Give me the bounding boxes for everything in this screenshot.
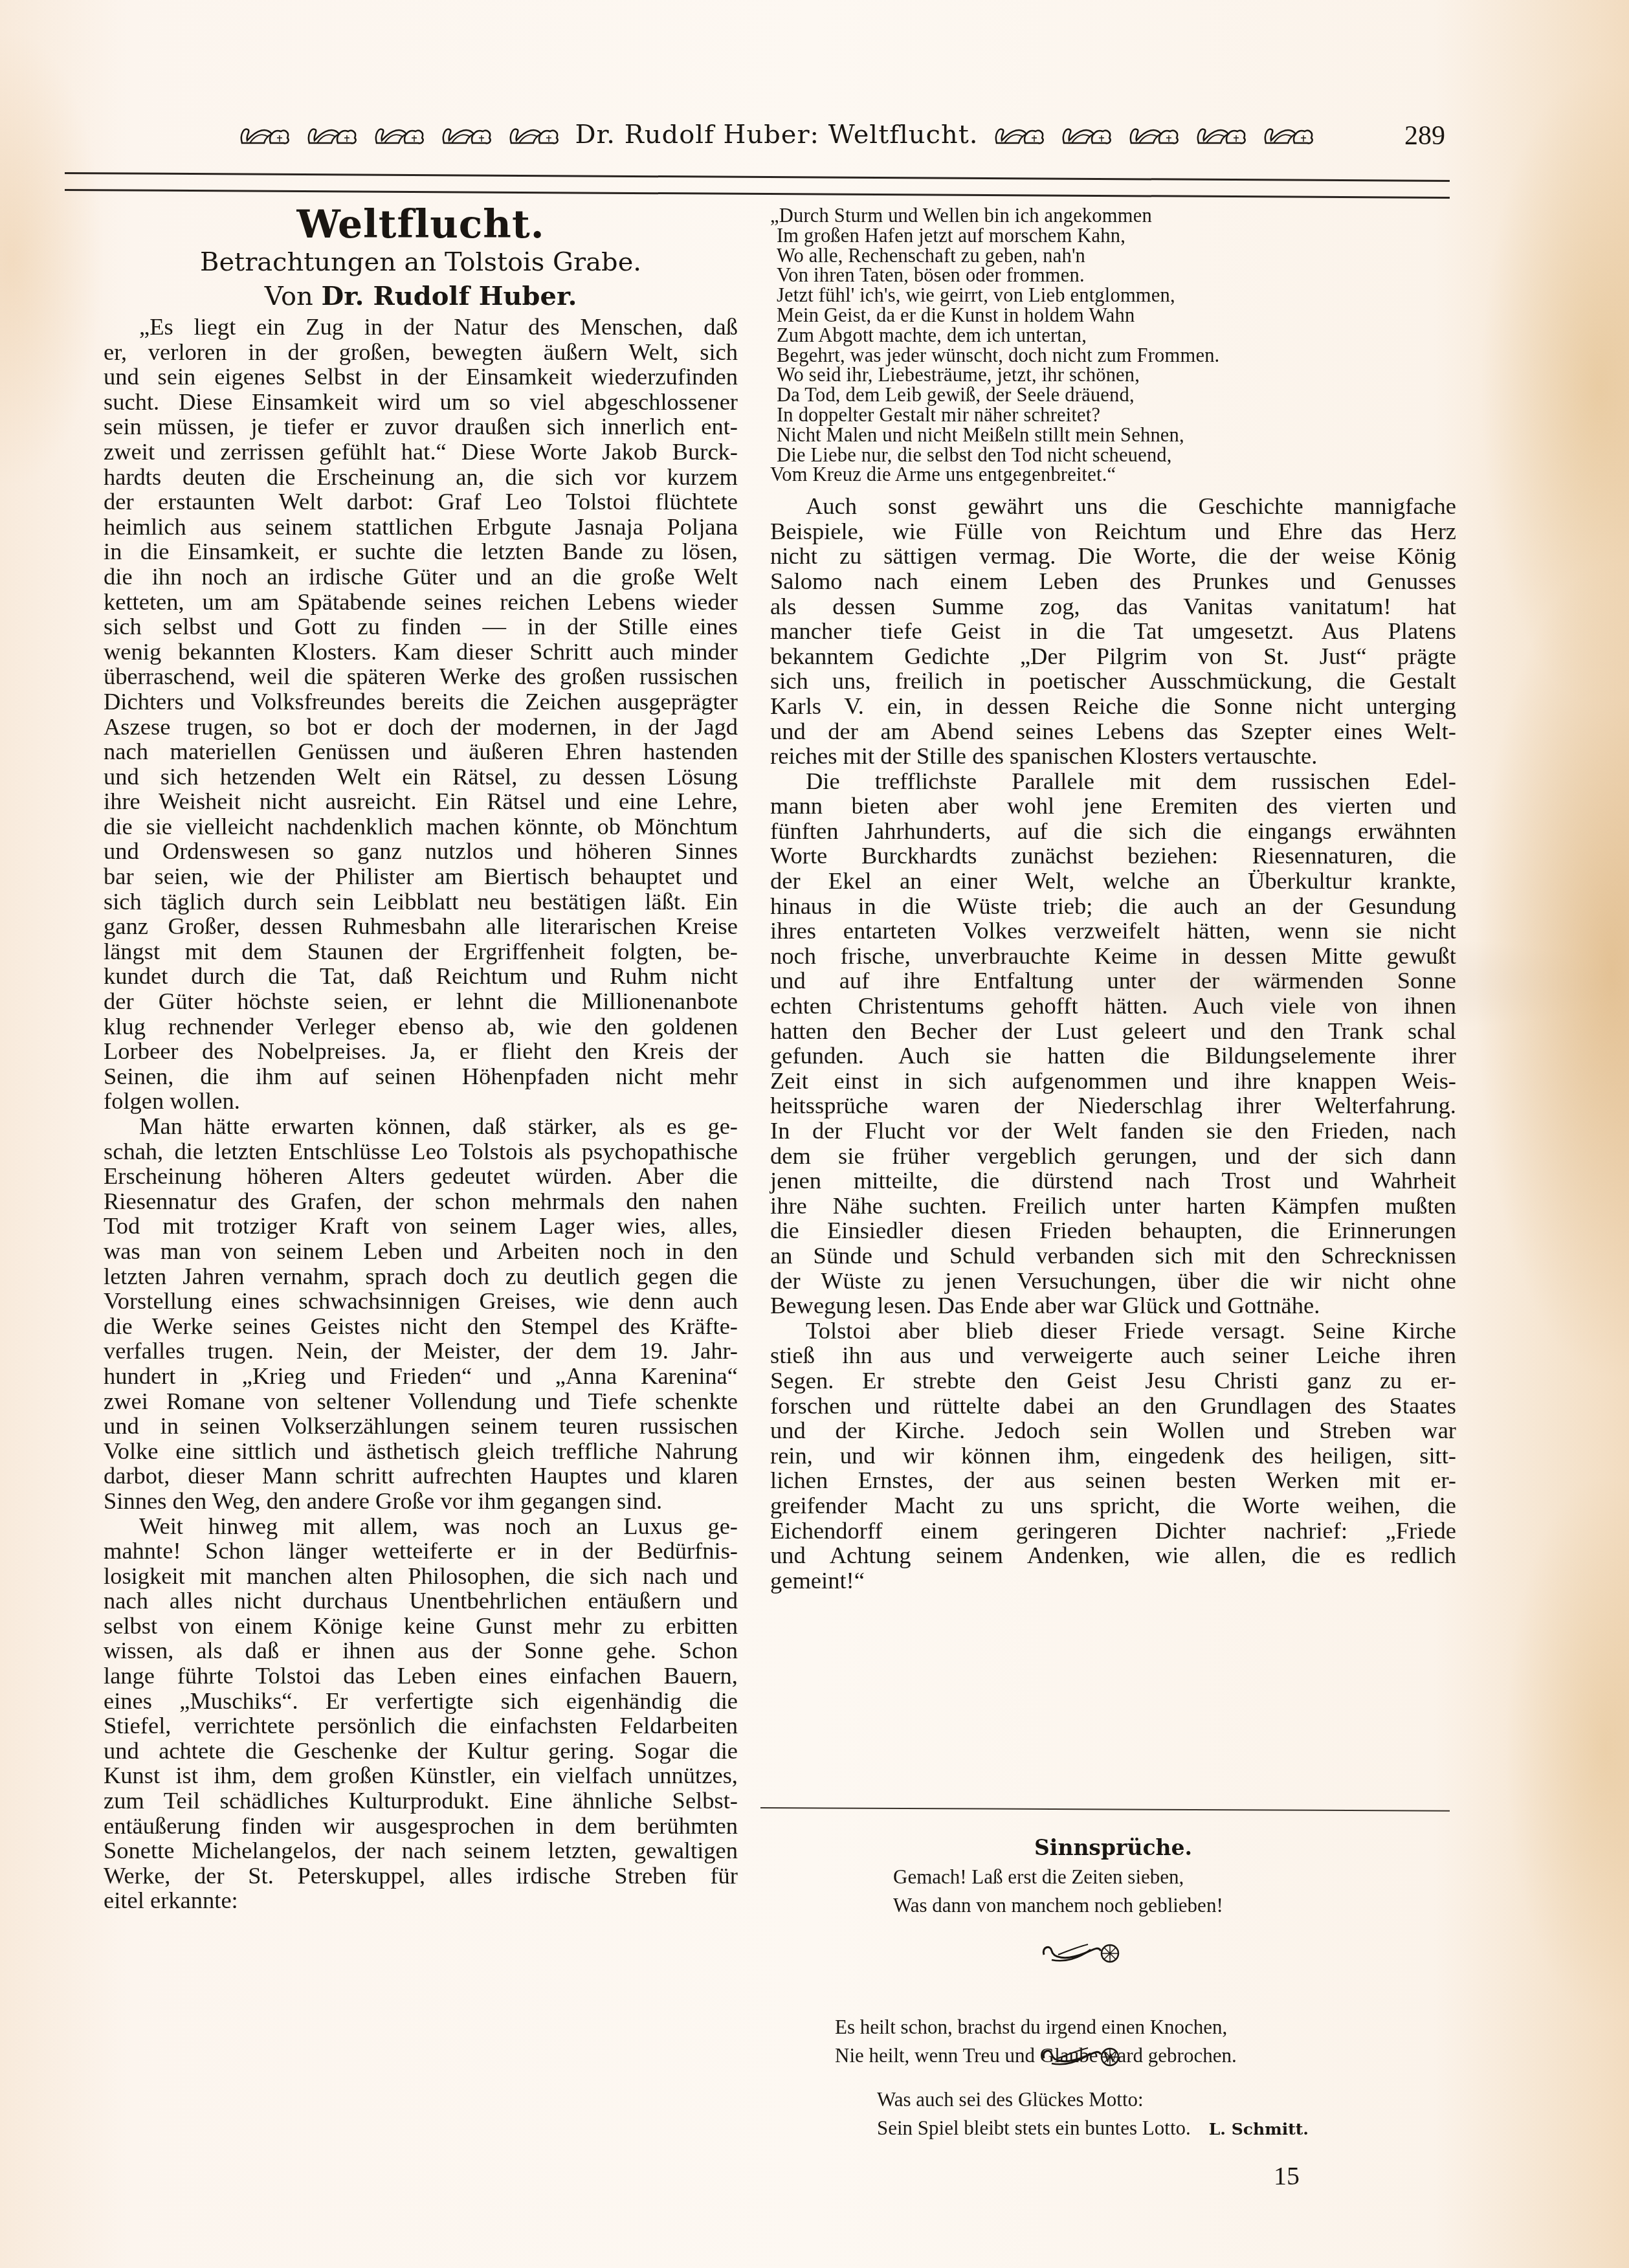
text-line: als dessen Summe zog, das Vanitas vanita… — [770, 594, 1456, 619]
text-line: wissen, als daß er ihnen aus der Sonne g… — [104, 1638, 738, 1663]
poem-line: Jetzt fühl' ich's, wie geirrt, von Lieb … — [770, 285, 1456, 306]
article-title: Weltflucht. — [104, 202, 738, 245]
article-subtitle: Betrachtungen an Tolstois Grabe. — [104, 247, 738, 281]
sinnsprueche-title: Sinnsprüche. — [770, 1835, 1456, 1860]
text-line: hinaus in die Wüste trieb; die auch an d… — [770, 894, 1456, 919]
text-line: und in seinen Volkserzählungen seinem te… — [104, 1414, 738, 1439]
text-line: Segen. Er strebte den Geist Jesu Christi… — [770, 1368, 1456, 1394]
text-line: lichen Ernstes, der aus seinen besten We… — [770, 1468, 1456, 1493]
text-line: sein müssen, je tiefer er zuvor draußen … — [104, 414, 738, 439]
text-line: nach materiellen Genüssen und äußeren Eh… — [104, 739, 738, 764]
couplet-line: Was dann von manchem noch geblieben! — [893, 1891, 1223, 1920]
text-line: darbot, dieser Mann schritt aufrechten H… — [104, 1463, 738, 1489]
text-line: sich selbst und Gott zu finden — in der … — [104, 614, 738, 639]
text-line: hundert in „Krieg und Frieden“ und „Anna… — [104, 1364, 738, 1389]
text-line: mann bieten aber wohl jene Eremiten des … — [770, 794, 1456, 819]
couplet: Was auch sei des Glückes Motto: Sein Spi… — [877, 2085, 1309, 2144]
text-line: bekanntem Gedichte „Der Pilgrim von St. … — [770, 644, 1456, 669]
text-line: echten Christentums gehofft hätten. Auch… — [770, 994, 1456, 1019]
leaf-scroll-ornament-icon — [507, 121, 560, 148]
leaf-scroll-ornament-icon — [1195, 121, 1248, 148]
text-line: Vorstellung eines schwachsinnigen Greise… — [104, 1289, 738, 1314]
text-line: „Es liegt ein Zug in der Natur des Mensc… — [104, 315, 738, 340]
text-line: zwei Romane von seltener Vollendung und … — [104, 1389, 738, 1414]
text-line: stieß ihn aus und verweigerte auch seine… — [770, 1343, 1456, 1368]
leaf-scroll-ornament-icon — [305, 121, 359, 148]
text-line: überraschend, weil die späteren Werke de… — [104, 664, 738, 689]
text-line: mahnte! Schon länger wetteiferte er in d… — [104, 1539, 738, 1564]
text-line: Beispiele, wie Fülle von Reichtum und Eh… — [770, 519, 1456, 544]
text-line: was man von seinem Leben und Arbeiten no… — [104, 1239, 738, 1264]
text-line: Dichters und Volksfreundes bereits die Z… — [104, 689, 738, 715]
text-line: die sie vielleicht nachdenklich machen k… — [104, 814, 738, 839]
text-line: zum Teil schädliches Kulturprodukt. Eine… — [104, 1788, 738, 1814]
text-line: nach alles nicht durchaus Unentbehrliche… — [104, 1588, 738, 1614]
text-line: Kunst ist ihm, dem großen Künstler, ein … — [104, 1763, 738, 1788]
leaf-scroll-ornament-icon — [1060, 121, 1113, 148]
couplet-line-text: Sein Spiel bleibt stets ein buntes Lotto… — [877, 2117, 1191, 2139]
text-line: nicht zu sättigen vermag. Die Worte, die… — [770, 544, 1456, 569]
text-line: die Werke seines Geistes nicht den Stemp… — [104, 1314, 738, 1339]
running-head: Dr. Rudolf Huber: Weltflucht. — [194, 115, 1359, 154]
poem-line: Im großen Hafen jetzt auf morschem Kahn, — [770, 226, 1456, 246]
text-line: schah, die letzten Entschlüsse Leo Tolst… — [104, 1139, 738, 1164]
text-line: Zeit einst in sich aufgenommen und ihre … — [770, 1069, 1456, 1094]
text-line: der Wüste zu jenen Versuchungen, über di… — [770, 1269, 1456, 1294]
couplet-line: Nie heilt, wenn Treu und Glaube ward geb… — [835, 2041, 1237, 2070]
floral-flourish-icon — [1039, 1935, 1123, 1968]
text-line: Seinen, die ihm auf seinen Höhenpfaden n… — [104, 1064, 738, 1089]
text-line: bar seien, wie der Philister am Biertisc… — [104, 864, 738, 889]
text-line: Werke, der St. Peterskuppel, alles irdis… — [104, 1863, 738, 1889]
text-line: und sein eigenes Selbst in der Einsamkei… — [104, 364, 738, 390]
poem-line: Wo alle, Rechenschaft zu geben, nah'n — [770, 246, 1456, 266]
poem-line: In doppelter Gestalt mir näher schreitet… — [770, 405, 1456, 425]
poem-line: Wo seid ihr, Liebesträume, jetzt, ihr sc… — [770, 365, 1456, 385]
right-column: „Durch Sturm und Wellen bin ich angekomm… — [770, 194, 1456, 1593]
text-line: heimlich aus seinem stattlichen Erbgute … — [104, 515, 738, 540]
text-line: Tolstoi aber blieb dieser Friede versagt… — [770, 1318, 1456, 1344]
text-line: hatten den Becher der Lust geleert und d… — [770, 1019, 1456, 1044]
text-line: Aszese trugen, so bot er doch der modern… — [104, 715, 738, 740]
couplet-line: Was auch sei des Glückes Motto: — [877, 2085, 1309, 2114]
ornament-group-left — [238, 121, 560, 148]
floral-flourish-icon — [1039, 2039, 1123, 2071]
byline-prefix: Von — [265, 282, 313, 311]
text-line: klug rechnender Verleger ebenso ab, wie … — [104, 1014, 738, 1039]
text-line: und der am Abend seines Lebens das Szept… — [770, 719, 1456, 744]
text-line: in die Einsamkeit, er suchte die letzten… — [104, 539, 738, 564]
text-line: Bewegung lesen. Das Ende aber war Glück … — [770, 1293, 1456, 1318]
page-number: 289 — [1404, 120, 1445, 151]
text-line: selbst von einem Könige keine Gunst mehr… — [104, 1614, 738, 1639]
text-line: rein, und wir können ihm, eingedenk des … — [770, 1443, 1456, 1469]
couplet: Gemach! Laß erst die Zeiten sieben, Was … — [893, 1863, 1223, 1920]
text-line: ihre Nähe suchten. Freilich unter harten… — [770, 1194, 1456, 1219]
couplet: Es heilt schon, brachst du irgend einen … — [835, 2013, 1237, 2070]
poem-line: Die Liebe nur, die selbst den Tod nicht … — [770, 445, 1456, 465]
text-line: Sonette Michelangelos, der nach seinem l… — [104, 1838, 738, 1863]
article-body-left: „Es liegt ein Zug in der Natur des Mensc… — [104, 315, 738, 1913]
text-line: an Sünde und Schuld verbanden sich mit d… — [770, 1243, 1456, 1269]
text-line: Tod mit trotziger Kraft von seinem Lager… — [104, 1214, 738, 1239]
text-line: ihres entarteten Volkes verzweifelt hätt… — [770, 918, 1456, 944]
text-line: und Ordenswesen so ganz nutzlos und höhe… — [104, 839, 738, 864]
text-line: entäußerung finden wir ausgesprochen in … — [104, 1814, 738, 1839]
text-line: losigkeit mit manchen alten Philosophen,… — [104, 1564, 738, 1589]
text-line: Eichendorff einem geringeren Dichter nac… — [770, 1518, 1456, 1544]
signature: L. Schmitt. — [1209, 2120, 1309, 2139]
poem-line: Von ihren Taten, bösen oder frommen. — [770, 265, 1456, 285]
text-line: jenen mitteilte, die dürstend nach Trost… — [770, 1168, 1456, 1194]
text-line: heitssprüche waren der Niederschlag ihre… — [770, 1093, 1456, 1118]
signature-number: 15 — [1274, 2161, 1300, 2191]
text-line: Lorbeer des Nobelpreises. Ja, er flieht … — [104, 1039, 738, 1064]
running-head-title: Dr. Rudolf Huber: Weltflucht. — [575, 120, 978, 150]
left-column: Weltflucht. Betrachtungen an Tolstois Gr… — [104, 194, 738, 1913]
couplet-line: Es heilt schon, brachst du irgend einen … — [835, 2013, 1237, 2041]
text-line: lange führte Tolstoi das Leben eines ein… — [104, 1663, 738, 1689]
text-line: sich uns, freilich in poetischer Ausschm… — [770, 669, 1456, 694]
text-line: Volke eine sittlich und ästhetisch gleic… — [104, 1439, 738, 1464]
article-byline: Von Dr. Rudolf Huber. — [104, 281, 738, 315]
text-line: der erstaunten Welt darbot: Graf Leo Tol… — [104, 489, 738, 515]
leaf-scroll-ornament-icon — [1127, 121, 1180, 148]
text-line: dem sie früher vergeblich gerungen, und … — [770, 1144, 1456, 1169]
text-line: sich täglich durch sein Leibblatt neu be… — [104, 889, 738, 915]
text-line: sucht. Diese Einsamkeit wird um so viel … — [104, 390, 738, 415]
text-line: fünften Jahrhunderts, auf die sich die e… — [770, 819, 1456, 844]
leaf-scroll-ornament-icon — [440, 121, 493, 148]
text-line: und Achtung seinem Andenken, wie allen, … — [770, 1543, 1456, 1568]
leaf-scroll-ornament-icon — [373, 121, 426, 148]
text-line: und sich hetzenden Welt ein Rätsel, zu d… — [104, 764, 738, 790]
leaf-scroll-ornament-icon — [993, 121, 1046, 148]
text-line: ketteten, um am Spätabende seines reiche… — [104, 590, 738, 615]
text-line: Worte Burckhardts zunächst beziehen: Rie… — [770, 843, 1456, 869]
text-line: gemeint!“ — [770, 1568, 1456, 1594]
text-line: der Güter höchste seien, er lehnt die Mi… — [104, 989, 738, 1014]
text-line: und der Kirche. Jedoch sein Wollen und S… — [770, 1418, 1456, 1443]
michelangelo-sonnet: „Durch Sturm und Wellen bin ich angekomm… — [770, 206, 1456, 485]
text-line: die Einsiedler diesen Frieden behaupten,… — [770, 1218, 1456, 1243]
text-line: ganz Großer, dessen Ruhmesbahn alle lite… — [104, 914, 738, 939]
couplet-line: Sein Spiel bleibt stets ein buntes Lotto… — [877, 2114, 1309, 2144]
text-line: der Ekel an einer Welt, welche an Überku… — [770, 869, 1456, 894]
text-line: Man hätte erwarten können, daß stärker, … — [104, 1114, 738, 1139]
poem-line: Vom Kreuz die Arme uns entgegenbreitet.“ — [770, 465, 1456, 485]
poem-line: Mein Geist, da er die Kunst in holdem Wa… — [770, 306, 1456, 326]
header-rule-top — [65, 172, 1450, 182]
text-line: eines „Muschiks“. Er verfertigte sich ei… — [104, 1689, 738, 1714]
text-line: Stiefel, verrichtete persönlich die einf… — [104, 1713, 738, 1739]
leaf-scroll-ornament-icon — [1262, 121, 1315, 148]
poem-line: Nicht Malen und nicht Meißeln stillt mei… — [770, 425, 1456, 445]
text-line: Erscheinung höheren Alters gedeutet würd… — [104, 1164, 738, 1189]
text-line: Salomo nach einem Leben des Prunkes und … — [770, 569, 1456, 594]
poem-line: Zum Abgott machte, dem ich untertan, — [770, 326, 1456, 346]
poem-line: Da Tod, dem Leib gewiß, der Seele dräuen… — [770, 385, 1456, 405]
poem-line: „Durch Sturm und Wellen bin ich angekomm… — [770, 206, 1456, 226]
text-line: mancher tiefe Geist in die Tat umgesetzt… — [770, 619, 1456, 644]
text-line: In der Flucht vor der Welt fanden sie de… — [770, 1118, 1456, 1144]
text-line: letzten Jahren vernahm, sprach doch zu d… — [104, 1264, 738, 1289]
couplet-line: Gemach! Laß erst die Zeiten sieben, — [893, 1863, 1223, 1891]
text-line: greifender Macht zu uns spricht, die Wor… — [770, 1493, 1456, 1518]
text-line: er, verloren in der großen, bewegten äuß… — [104, 340, 738, 365]
article-body-right: Auch sonst gewährt uns die Geschichte ma… — [770, 494, 1456, 1593]
text-line: kundet durch die Tat, daß Reichtum und R… — [104, 964, 738, 989]
text-line: noch frische, unverbrauchte Keime in des… — [770, 944, 1456, 969]
text-line: Riesennatur des Grafen, der schon mehrma… — [104, 1189, 738, 1214]
text-line: ihre Weisheit nicht ausreicht. Ein Rätse… — [104, 789, 738, 814]
ornament-group-right — [993, 121, 1315, 148]
text-line: längst mit dem Staunen der Ergriffenheit… — [104, 939, 738, 964]
text-line: Sinnes den Weg, den andere Große vor ihm… — [104, 1489, 738, 1514]
text-line: Weit hinweg mit allem, was noch an Luxus… — [104, 1514, 738, 1539]
text-line: die ihn noch an irdische Güter und an di… — [104, 564, 738, 590]
text-line: und achtete die Geschenke der Kultur ger… — [104, 1739, 738, 1764]
text-line: wenig bekannten Klosters. Kam dieser Sch… — [104, 639, 738, 665]
text-line: forschen und rüttelte dabei an den Grund… — [770, 1394, 1456, 1419]
text-line: Die trefflichste Parallele mit dem russi… — [770, 769, 1456, 794]
text-line: gefunden. Auch sie hatten die Bildungsel… — [770, 1043, 1456, 1069]
text-line: reiches mit der Stille des spanischen Kl… — [770, 744, 1456, 769]
text-line: zweit und zerrissen gefühlt hat.“ Diese … — [104, 439, 738, 465]
section-divider-rule — [760, 1807, 1450, 1812]
poem-line: Begehrt, was jeder wünscht, doch nicht z… — [770, 346, 1456, 366]
text-line: folgen wollen. — [104, 1089, 738, 1114]
leaf-scroll-ornament-icon — [238, 121, 291, 148]
text-line: eitel erkannte: — [104, 1888, 738, 1913]
text-line: verfalles trugen. Nein, der Meister, der… — [104, 1339, 738, 1364]
text-line: Karls V. ein, in dessen Reiche die Sonne… — [770, 694, 1456, 719]
text-line: Auch sonst gewährt uns die Geschichte ma… — [770, 494, 1456, 519]
text-line: hardts deuten die Erscheinung an, die si… — [104, 465, 738, 490]
byline-author: Dr. Rudolf Huber. — [321, 281, 577, 311]
text-line: und auf ihre Entfaltung unter der wärmen… — [770, 968, 1456, 994]
